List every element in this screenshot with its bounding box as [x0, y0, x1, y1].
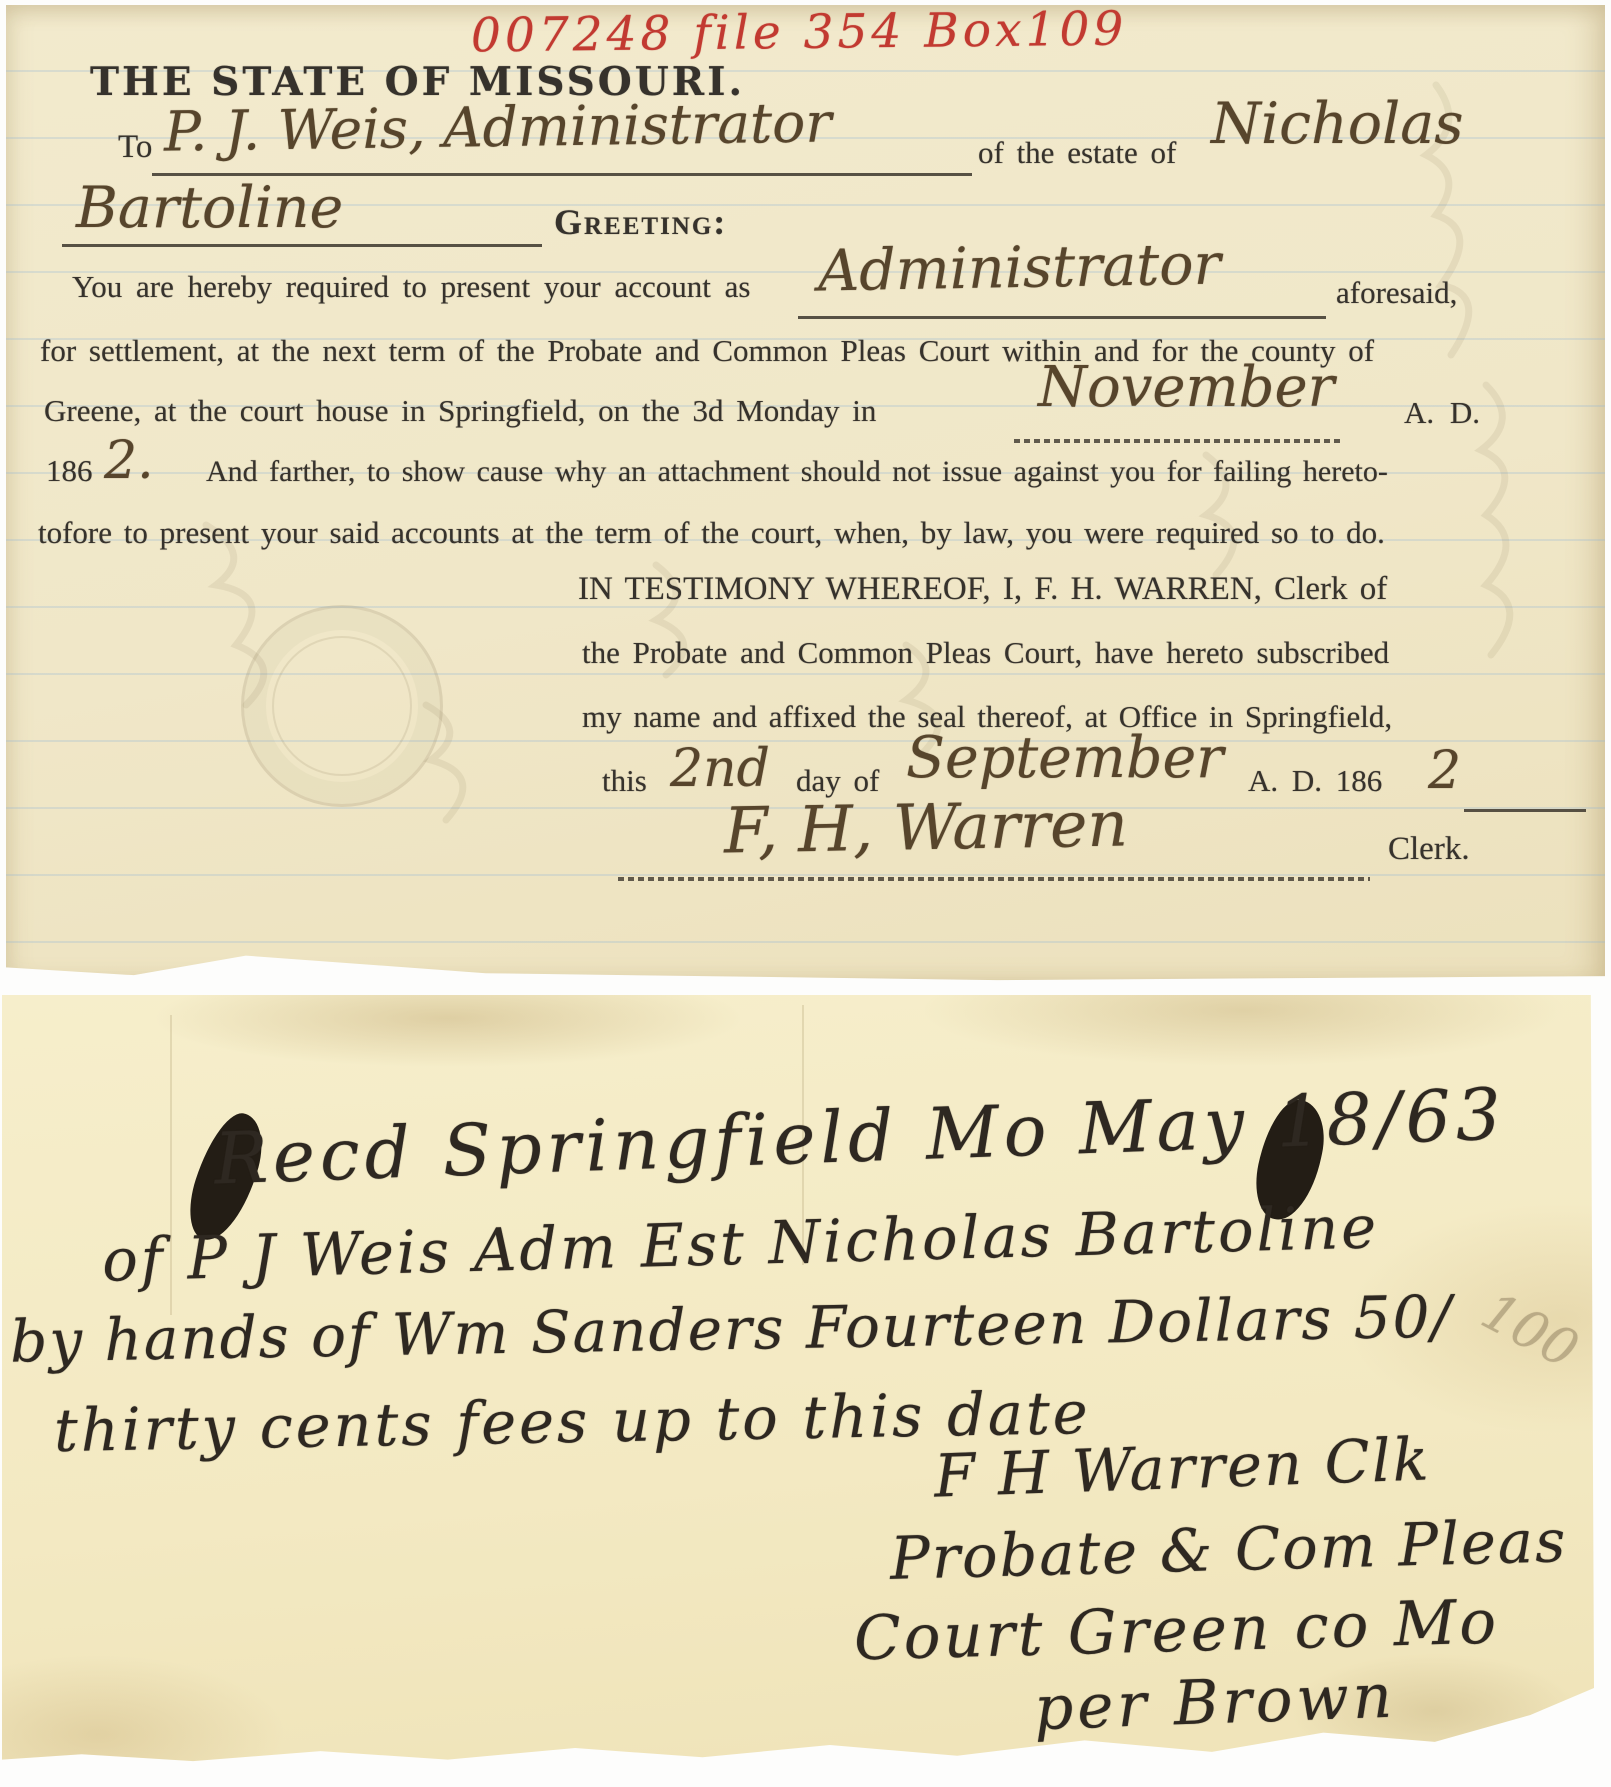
- testimony-line2: the Probate and Common Pleas Court, have…: [582, 635, 1389, 671]
- ad-year-label: A. D. 186: [1248, 763, 1382, 799]
- document-scan: 007248 file 354 Box109 THE STATE OF MISS…: [0, 0, 1611, 1787]
- year-digit-handwritten: 2.: [104, 431, 154, 491]
- receipt-line2: of P J Weis Adm Est Nicholas Bartoline: [101, 1192, 1380, 1294]
- estate-last-name-handwritten: Bartoline: [76, 175, 343, 241]
- to-label: To: [118, 129, 152, 166]
- clerk-label: Clerk.: [1388, 831, 1470, 868]
- estate-label: of the estate of: [978, 135, 1176, 171]
- body-line4-year: 186: [46, 453, 93, 489]
- this-label: this: [602, 763, 647, 799]
- probate-citation-form: 007248 file 354 Box109 THE STATE OF MISS…: [6, 5, 1605, 983]
- signature-squiggle-line: [618, 877, 1370, 881]
- year2-digit-handwritten: 2: [1428, 741, 1461, 801]
- body-line1-after: aforesaid,: [1336, 275, 1457, 311]
- body-line1: You are hereby required to present your …: [72, 269, 750, 305]
- month-fill-handwritten: November: [1038, 355, 1334, 420]
- testimony-line1: IN TESTIMONY WHEREOF, I, F. H. WARREN, C…: [578, 571, 1387, 608]
- clerk-signature-handwritten: F, H, Warren: [723, 787, 1128, 867]
- trailing-stroke: [1464, 809, 1586, 812]
- body-line5: tofore to present your said accounts at …: [38, 515, 1385, 551]
- receipt-line3: by hands of Wm Sanders Fourteen Dollars …: [10, 1282, 1454, 1375]
- addressee-handwritten: P. J. Weis, Administrator: [164, 90, 832, 163]
- receipt-signature-line3: Court Green co Mo: [853, 1587, 1500, 1675]
- fill-line: [798, 316, 1326, 319]
- receipt-signature-line4: per Brown: [1033, 1661, 1397, 1745]
- body-line4: And farther, to show cause why an attach…: [206, 455, 1388, 489]
- estate-first-name-handwritten: Nicholas: [1211, 91, 1464, 157]
- day-fill-handwritten: 2nd: [670, 739, 770, 799]
- receipt-line3-smudge: 100: [1472, 1281, 1588, 1381]
- squiggle-fill-line: [1014, 439, 1344, 443]
- body-line3-after: A. D.: [1404, 395, 1480, 431]
- fill-line: [62, 244, 542, 247]
- account-as-fill-handwritten: Administrator: [817, 231, 1221, 304]
- fee-receipt: Recd Springfield Mo May 18/63 of P J Wei…: [2, 995, 1594, 1765]
- month2-fill-handwritten: September: [906, 725, 1223, 791]
- embossed-court-seal: [241, 605, 443, 807]
- body-line3: Greene, at the court house in Springfiel…: [44, 393, 876, 429]
- greeting-label: Greeting:: [554, 201, 727, 243]
- receipt-signature-line2: Probate & Com Pleas: [889, 1506, 1568, 1593]
- archival-annotation: 007248 file 354 Box109: [471, 2, 1128, 64]
